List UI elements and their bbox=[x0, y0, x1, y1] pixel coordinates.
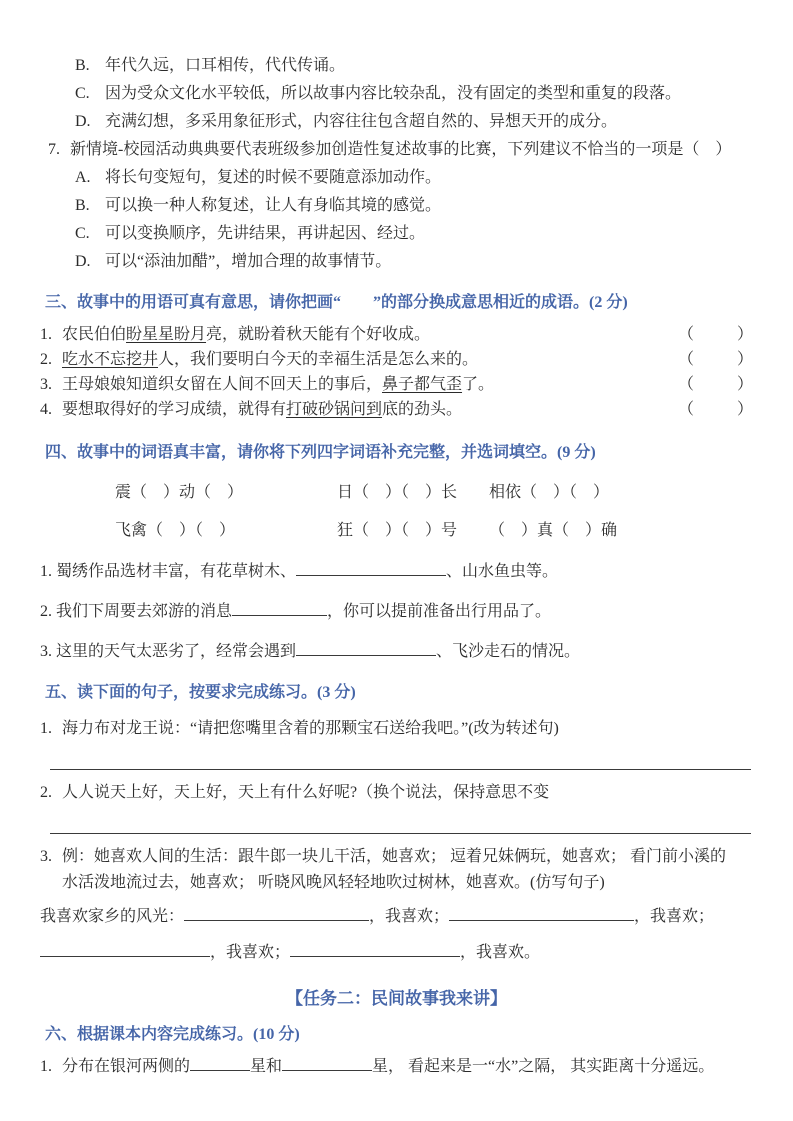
word-grid-row: 飞禽（ ）（ ） 狂（ ）（ ）号 （ ）真（ ）确 bbox=[115, 518, 753, 544]
answer-brackets: （） bbox=[678, 372, 753, 397]
word-cell: 日（ ）（ ）长 bbox=[337, 480, 489, 506]
sentence-item: 1. 海力布对龙王说：“请把您嘴里含着的那颗宝石送给我吧。”(改为转述句) bbox=[40, 716, 753, 742]
option-letter: C. bbox=[75, 80, 105, 108]
blank-underline bbox=[282, 1054, 372, 1071]
answer-brackets: （） bbox=[678, 397, 753, 422]
sentence-item: 3. 王母娘娘知道织女留在人间不回天上的事后，鼻子都气歪了。 （） bbox=[40, 372, 753, 397]
item-text: 要想取得好的学习成绩，就得有打破砂锅问到底的劲头。 bbox=[62, 397, 462, 422]
option-text: 年代久远，口耳相传，代代传诵。 bbox=[105, 52, 753, 80]
sentence-item: 3. 例：她喜欢人间的生活：跟牛郎一块儿干活，她喜欢； 逗着兄妹俩玩，她喜欢； … bbox=[40, 844, 753, 870]
option-row: B. 年代久远，口耳相传，代代传诵。 bbox=[75, 52, 753, 80]
option-row: A. 将长句变短句，复述的时候不要随意添加动作。 bbox=[75, 164, 753, 192]
blank-underline bbox=[290, 940, 460, 957]
item-number: 4. bbox=[40, 397, 62, 422]
item-number: 2. bbox=[40, 780, 62, 806]
blank-underline bbox=[184, 904, 369, 921]
item-number: 2. bbox=[40, 603, 52, 620]
option-text: 将长句变短句，复述的时候不要随意添加动作。 bbox=[105, 164, 753, 192]
option-letter: B. bbox=[75, 192, 105, 220]
section6-heading: 六、根据课本内容完成练习。(10 分) bbox=[45, 1022, 753, 1048]
option-text: 可以“添油加醋”，增加合理的故事情节。 bbox=[105, 248, 753, 276]
item-text: 分布在银河两侧的星和星， 看起来是一“水”之隔， 其实距离十分遥远。 bbox=[62, 1054, 714, 1080]
option-text: 因为受众文化水平较低，所以故事内容比较杂乱，没有固定的类型和重复的段落。 bbox=[105, 80, 753, 108]
word-grid-row: 震（ ）动（ ） 日（ ）（ ）长 相依（ ）（ ） bbox=[115, 480, 753, 506]
bracket-close: ） bbox=[737, 397, 753, 422]
fill-sentence: 2. 我们下周要去郊游的消息，你可以提前准备出行用品了。 bbox=[40, 599, 753, 624]
fill-sentence: 1. 分布在银河两侧的星和星， 看起来是一“水”之隔， 其实距离十分遥远。 bbox=[40, 1054, 753, 1080]
option-row: C. 可以变换顺序，先讲结果，再讲起因、经过。 bbox=[75, 220, 753, 248]
blank-underline bbox=[296, 639, 436, 656]
imitation-fill-row: 我喜欢家乡的风光：，我喜欢；，我喜欢； bbox=[40, 902, 753, 932]
blank-underline bbox=[40, 940, 210, 957]
item-text: 人人说天上好，天上好，天上有什么好呢?（换个说法，保持意思不变 bbox=[62, 780, 549, 806]
option-letter: B. bbox=[75, 52, 105, 80]
section4-sentences: 1. 蜀绣作品选材丰富，有花草树木、、山水鱼虫等。 2. 我们下周要去郊游的消息… bbox=[40, 559, 753, 664]
underlined-phrase: 盼星星盼月 bbox=[126, 326, 206, 343]
option-row: B. 可以换一种人称复述，让人有身临其境的感觉。 bbox=[75, 192, 753, 220]
bracket-close: ） bbox=[737, 347, 753, 372]
option-text: 充满幻想，多采用象征形式，内容往往包含超自然的、异想天开的成分。 bbox=[105, 108, 753, 136]
item-number: 3. bbox=[40, 844, 62, 870]
imitation-fill-row: ，我喜欢；，我喜欢。 bbox=[40, 938, 753, 968]
item-number: 1. bbox=[40, 563, 52, 580]
answer-line bbox=[50, 810, 751, 834]
underlined-phrase: 吃水不忘挖井 bbox=[62, 351, 158, 368]
sentence-item: 2. 吃水不忘挖井人，我们要明白今天的幸福生活是怎么来的。 （） bbox=[40, 347, 753, 372]
item-text: 农民伯伯盼星星盼月亮，就盼着秋天能有个好收成。 bbox=[62, 322, 430, 347]
sentence-item: 4. 要想取得好的学习成绩，就得有打破砂锅问到底的劲头。 （） bbox=[40, 397, 753, 422]
word-cell: 震（ ）动（ ） bbox=[115, 480, 337, 506]
option-text: 可以变换顺序，先讲结果，再讲起因、经过。 bbox=[105, 220, 753, 248]
underlined-phrase: 打破砂锅问到 bbox=[286, 401, 382, 418]
section3-heading: 三、故事中的用语可真有意思，请你把画“ ”的部分换成意思相近的成语。(2 分) bbox=[45, 290, 753, 316]
option-text: 可以换一种人称复述，让人有身临其境的感觉。 bbox=[105, 192, 753, 220]
blank-underline bbox=[190, 1054, 250, 1071]
item-number: 1. bbox=[40, 322, 62, 347]
blank-underline bbox=[232, 599, 327, 616]
fill-sentence: 1. 蜀绣作品选材丰富，有花草树木、、山水鱼虫等。 bbox=[40, 559, 753, 584]
word-cell: （ ）真（ ）确 bbox=[489, 518, 617, 544]
answer-line bbox=[50, 746, 751, 770]
word-cell: 飞禽（ ）（ ） bbox=[115, 518, 337, 544]
blank-underline bbox=[296, 559, 446, 576]
item-text: 例：她喜欢人间的生活：跟牛郎一块儿干活，她喜欢； 逗着兄妹俩玩，她喜欢； 看门前… bbox=[62, 844, 726, 870]
bracket-close: ） bbox=[737, 372, 753, 397]
worksheet-page: B. 年代久远，口耳相传，代代传诵。 C. 因为受众文化水平较低，所以故事内容比… bbox=[0, 0, 793, 1121]
item-text: 王母娘娘知道织女留在人间不回天上的事后，鼻子都气歪了。 bbox=[62, 372, 494, 397]
item-text-continuation: 水活泼地流过去，她喜欢； 听晓风晚风轻轻地吹过树林，她喜欢。(仿写句子) bbox=[62, 870, 753, 896]
bracket-close: ） bbox=[737, 322, 753, 347]
word-cell: 相依（ ）（ ） bbox=[489, 480, 609, 506]
bracket-open: （ bbox=[678, 372, 694, 397]
option-letter: D. bbox=[75, 248, 105, 276]
question6-options: B. 年代久远，口耳相传，代代传诵。 C. 因为受众文化水平较低，所以故事内容比… bbox=[40, 52, 753, 136]
item-number: 3. bbox=[40, 643, 52, 660]
option-row: C. 因为受众文化水平较低，所以故事内容比较杂乱，没有固定的类型和重复的段落。 bbox=[75, 80, 753, 108]
item-text: 海力布对龙王说：“请把您嘴里含着的那颗宝石送给我吧。”(改为转述句) bbox=[62, 716, 559, 742]
bracket-open: （ bbox=[678, 397, 694, 422]
question7-stem-row: 7. 新情境-校园活动典典要代表班级参加创造性复述故事的比赛，下列建议不恰当的一… bbox=[40, 136, 753, 164]
fill-lead: 我喜欢家乡的风光： bbox=[40, 908, 184, 925]
bracket-open: （ bbox=[678, 322, 694, 347]
bracket-open: （ bbox=[678, 347, 694, 372]
item-number: 1. bbox=[40, 1054, 62, 1080]
item-number: 2. bbox=[40, 347, 62, 372]
option-letter: A. bbox=[75, 164, 105, 192]
fill-sentence: 3. 这里的天气太恶劣了，经常会遇到、飞沙走石的情况。 bbox=[40, 639, 753, 664]
question7: 7. 新情境-校园活动典典要代表班级参加创造性复述故事的比赛，下列建议不恰当的一… bbox=[40, 136, 753, 276]
underlined-phrase: 鼻子都气歪 bbox=[382, 376, 462, 393]
option-letter: C. bbox=[75, 220, 105, 248]
answer-brackets: （） bbox=[678, 347, 753, 372]
answer-brackets: （） bbox=[678, 322, 753, 347]
word-cell: 狂（ ）（ ）号 bbox=[337, 518, 489, 544]
blank-underline bbox=[449, 904, 634, 921]
section5-heading: 五、读下面的句子，按要求完成练习。(3 分) bbox=[45, 680, 753, 706]
task2-banner: 【任务二：民间故事我来讲】 bbox=[40, 986, 753, 1012]
question-number: 7. bbox=[48, 136, 70, 164]
sentence-item: 2. 人人说天上好，天上好，天上有什么好呢?（换个说法，保持意思不变 bbox=[40, 780, 753, 806]
option-row: D. 可以“添油加醋”，增加合理的故事情节。 bbox=[75, 248, 753, 276]
sentence-item: 1. 农民伯伯盼星星盼月亮，就盼着秋天能有个好收成。 （） bbox=[40, 322, 753, 347]
question-stem: 新情境-校园活动典典要代表班级参加创造性复述故事的比赛，下列建议不恰当的一项是（… bbox=[70, 136, 731, 164]
item-number: 3. bbox=[40, 372, 62, 397]
option-letter: D. bbox=[75, 108, 105, 136]
section4-heading: 四、故事中的词语真丰富，请你将下列四字词语补充完整，并选词填空。(9 分) bbox=[45, 440, 753, 466]
option-row: D. 充满幻想，多采用象征形式，内容往往包含超自然的、异想天开的成分。 bbox=[75, 108, 753, 136]
word-grid: 震（ ）动（ ） 日（ ）（ ）长 相依（ ）（ ） 飞禽（ ）（ ） 狂（ ）… bbox=[40, 480, 753, 544]
item-text: 吃水不忘挖井人，我们要明白今天的幸福生活是怎么来的。 bbox=[62, 347, 478, 372]
section3-items: 1. 农民伯伯盼星星盼月亮，就盼着秋天能有个好收成。 （） 2. 吃水不忘挖井人… bbox=[40, 322, 753, 422]
item-number: 1. bbox=[40, 716, 62, 742]
